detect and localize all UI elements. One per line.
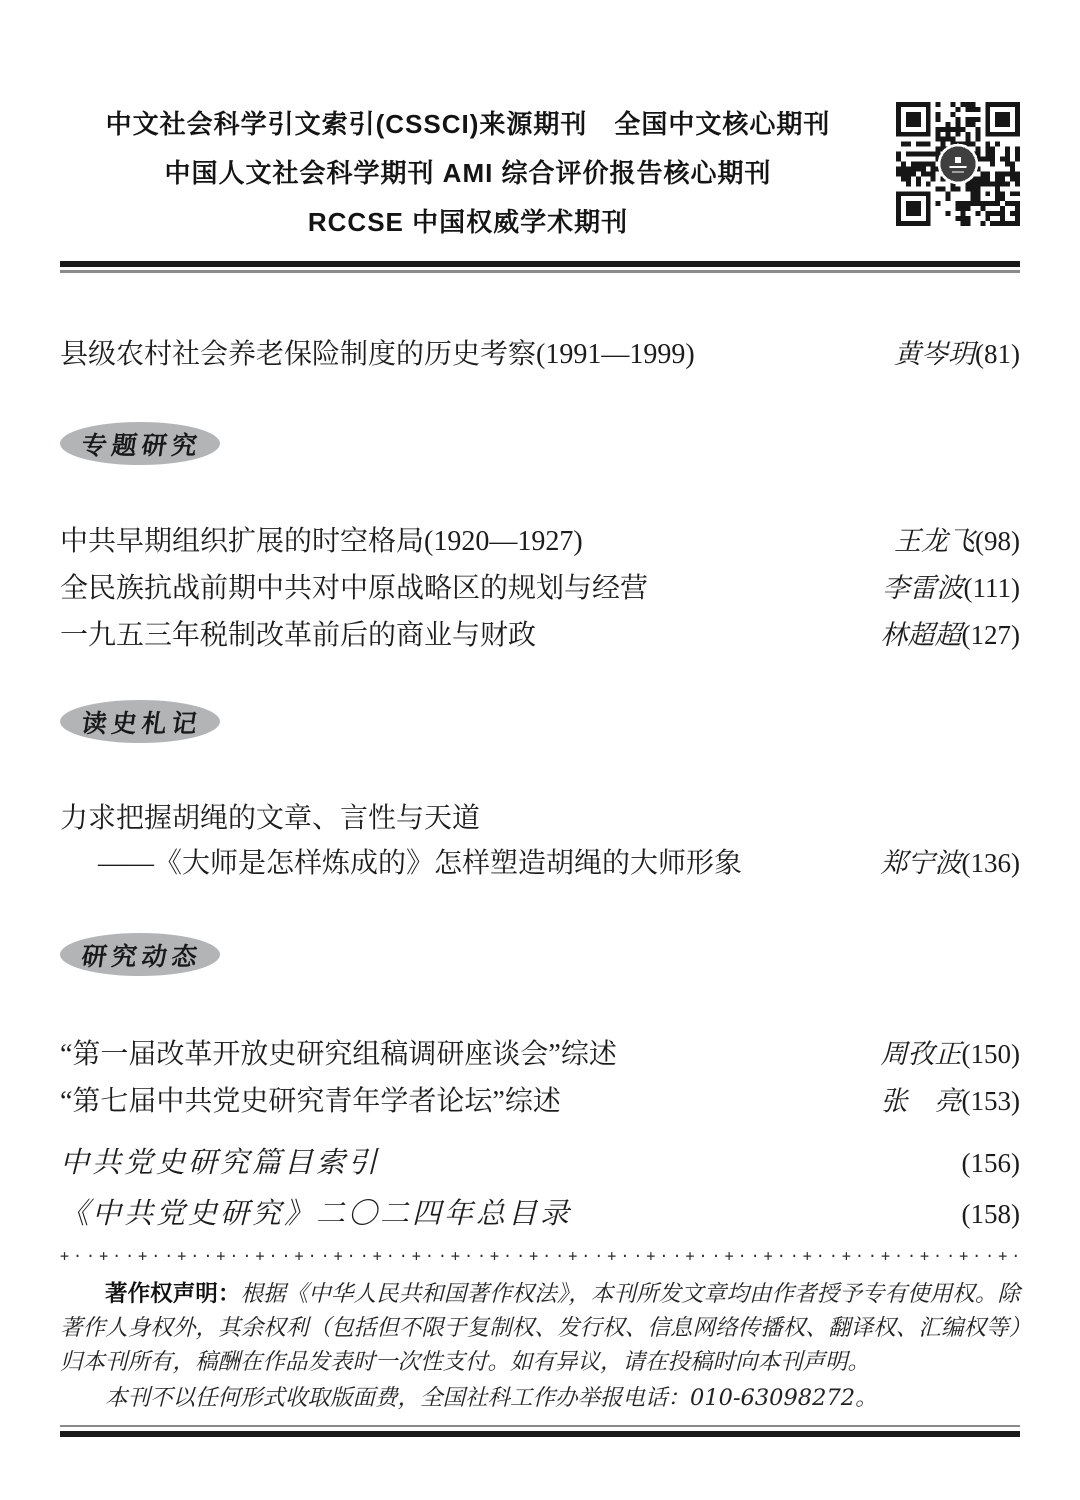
accolade-line-2: 中国人文社会科学期刊 AMI 综合评价报告核心期刊 — [60, 149, 876, 198]
article-title: 全民族抗战前期中共对中原战略区的规划与经营 — [60, 565, 648, 612]
article-title: 县级农村社会养老保险制度的历史考察(1991—1999) — [60, 331, 695, 378]
toc-entry: 中共早期组织扩展的时空格局(1920—1927) 王龙飞 (98) — [60, 518, 1020, 565]
section-badge-label: 研究动态 — [75, 937, 205, 973]
section-entries: 中共早期组织扩展的时空格局(1920—1927) 王龙飞 (98) 全民族抗战前… — [60, 518, 1020, 659]
article-author: 李雷波 — [883, 565, 964, 612]
decorative-dashed-separator: +··+··+··+··+··+··+··+··+··+··+··+··+··+… — [60, 1247, 1020, 1265]
article-title: 力求把握胡绳的文章、言性与天道 — [60, 797, 480, 841]
toc-entry: “第一届改革开放史研究组稿调研座谈会”综述 周孜正 (150) — [60, 1031, 1020, 1078]
toc-entry: “第七届中共党史研究青年学者论坛”综述 张 亮 (153) — [60, 1078, 1020, 1125]
index-page-number: (156) — [962, 1138, 1020, 1188]
section-badge-label: 读史札记 — [75, 704, 205, 740]
article-page-number: (111) — [964, 565, 1020, 612]
section-badge-research-trends: 研究动态 — [60, 933, 220, 976]
accolade-line-3: RCCSE 中国权威学术期刊 — [60, 198, 876, 247]
section-badge-special-research: 专题研究 — [60, 422, 220, 465]
header: 中文社会科学引文索引(CSSCI)来源期刊 全国中文核心期刊 中国人文社会科学期… — [60, 0, 1020, 247]
article-title: 一九五三年税制改革前后的商业与财政 — [60, 612, 536, 659]
article-page-number: (81) — [975, 331, 1020, 378]
article-author: 郑宁波 — [881, 842, 962, 886]
toc-entry: 力求把握胡绳的文章、言性与天道 — [60, 797, 1020, 841]
article-author: 周孜正 — [881, 1031, 962, 1078]
index-page-number: (158) — [962, 1189, 1020, 1239]
article-subtitle: ——《大师是怎样炼成的》怎样塑造胡绳的大师形象 — [98, 842, 742, 886]
section-entries: “第一届改革开放史研究组稿调研座谈会”综述 周孜正 (150) “第七届中共党史… — [60, 1031, 1020, 1125]
toc-entry: 全民族抗战前期中共对中原战略区的规划与经营 李雷波 (111) — [60, 565, 1020, 612]
section-badge-label: 专题研究 — [75, 426, 205, 462]
article-author: 林超超 — [881, 612, 962, 659]
copyright-paragraph: 著作权声明：根据《中华人民共和国著作权法》，本刊所发文章均由作者授予专有使用权。… — [60, 1277, 1020, 1379]
article-author: 王龙飞 — [894, 518, 975, 565]
index-entries: 中共党史研究篇目索引 (156) 《中共党史研究》二〇二四年总目录 (158) — [60, 1137, 1020, 1239]
toc-entry: 县级农村社会养老保险制度的历史考察(1991—1999) 黄岑玥 (81) — [60, 331, 1020, 378]
top-double-rule — [60, 261, 1020, 273]
toc-entry-subtitle-row: ——《大师是怎样炼成的》怎样塑造胡绳的大师形象 郑宁波 (136) — [60, 841, 1020, 886]
qr-code-icon — [896, 102, 1020, 226]
copyright-label: 著作权声明： — [105, 1281, 241, 1306]
bottom-double-rule — [60, 1425, 1020, 1437]
article-title: “第七届中共党史研究青年学者论坛”综述 — [60, 1078, 561, 1125]
article-page-number: (150) — [962, 1031, 1020, 1078]
journal-toc-page: 中文社会科学引文索引(CSSCI)来源期刊 全国中文核心期刊 中国人文社会科学期… — [0, 0, 1080, 1500]
article-author: 黄岑玥 — [894, 331, 975, 378]
journal-accolades: 中文社会科学引文索引(CSSCI)来源期刊 全国中文核心期刊 中国人文社会科学期… — [60, 100, 896, 247]
index-title: 中共党史研究篇目索引 — [60, 1137, 380, 1187]
article-page-number: (136) — [962, 841, 1020, 885]
section-entries: 力求把握胡绳的文章、言性与天道 ——《大师是怎样炼成的》怎样塑造胡绳的大师形象 … — [60, 797, 1020, 886]
article-page-number: (153) — [962, 1078, 1020, 1125]
article-page-number: (127) — [962, 612, 1020, 659]
toc-entry: 《中共党史研究》二〇二四年总目录 (158) — [60, 1188, 1020, 1239]
toc-entry: 一九五三年税制改革前后的商业与财政 林超超 (127) — [60, 612, 1020, 659]
copyright-notice: 著作权声明：根据《中华人民共和国著作权法》，本刊所发文章均由作者授予专有使用权。… — [60, 1277, 1020, 1415]
toc-entry: 中共党史研究篇目索引 (156) — [60, 1137, 1020, 1188]
article-title: 中共早期组织扩展的时空格局(1920—1927) — [60, 518, 583, 565]
index-title: 《中共党史研究》二〇二四年总目录 — [60, 1188, 572, 1238]
copyright-note: 本刊不以任何形式收取版面费，全国社科工作办举报电话：010-63098272。 — [60, 1381, 1020, 1415]
section-badge-reading-notes: 读史札记 — [60, 700, 220, 743]
article-author: 张 亮 — [881, 1078, 962, 1125]
article-title: “第一届改革开放史研究组稿调研座谈会”综述 — [60, 1031, 617, 1078]
article-page-number: (98) — [975, 518, 1020, 565]
accolade-line-1: 中文社会科学引文索引(CSSCI)来源期刊 全国中文核心期刊 — [60, 100, 876, 149]
